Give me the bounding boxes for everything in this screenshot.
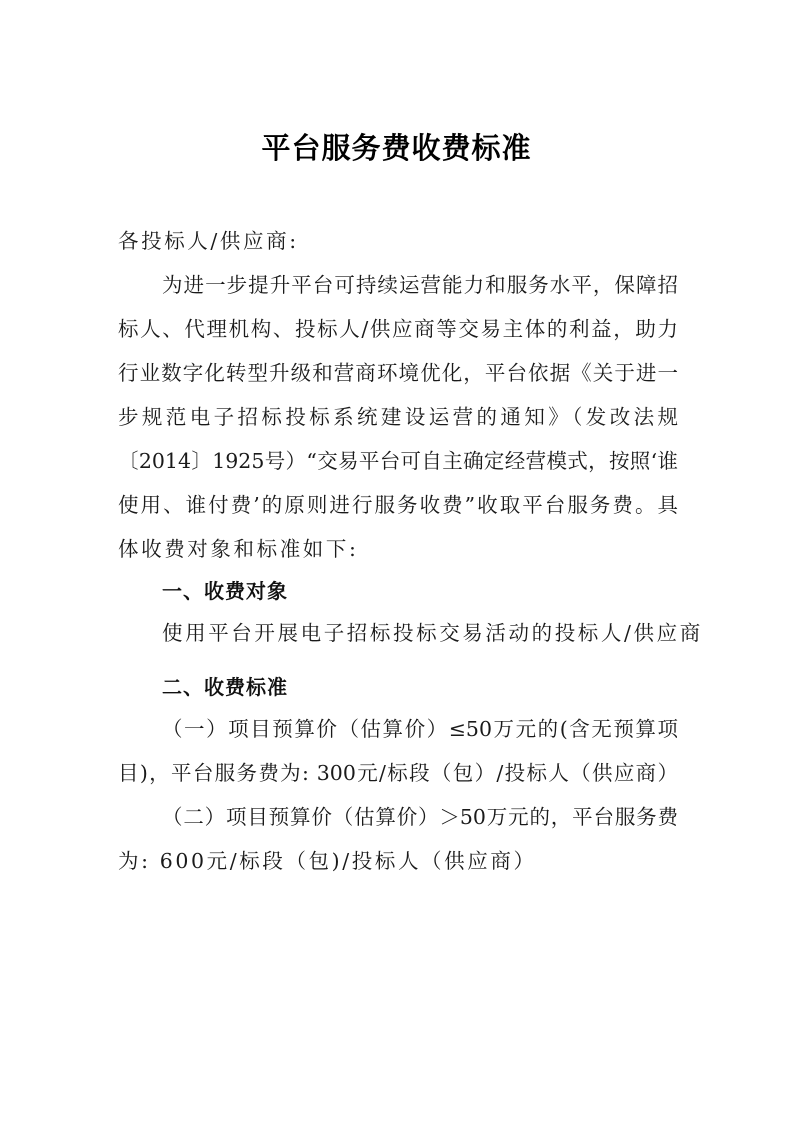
fee-standard-line: 目)，平台服务费为: 300元/标段（包）/投标人（供应商） bbox=[118, 758, 678, 788]
section-heading: 一、收费对象 bbox=[162, 576, 288, 606]
intro-line: 体收费对象和标准如下: bbox=[118, 534, 678, 564]
fee-standard-line: （二）项目预算价（估算价）＞50万元的，平台服务费 bbox=[162, 802, 678, 832]
intro-line: 行业数字化转型升级和营商环境优化，平台依据《关于进一 bbox=[118, 358, 678, 388]
fee-standard-line: 为: 600元/标段（包)/投标人（供应商） bbox=[118, 846, 678, 876]
document-page: 平台服务费收费标准 各投标人/供应商: 为进一步提升平台可持续运营能力和服务水平… bbox=[0, 0, 793, 1122]
salutation: 各投标人/供应商: bbox=[118, 226, 678, 256]
section-line: 使用平台开展电子招标投标交易活动的投标人/供应商 bbox=[162, 618, 678, 648]
section-heading: 二、收费标准 bbox=[162, 672, 288, 702]
intro-line: 使用、谁付费’的原则进行服务收费”收取平台服务费。具 bbox=[118, 490, 678, 520]
intro-line: 〔2014〕1925号）“交易平台可自主确定经营模式，按照‘谁 bbox=[118, 446, 678, 476]
intro-line: 步规范电子招标投标系统建设运营的通知》（发改法规 bbox=[118, 402, 678, 432]
document-title: 平台服务费收费标准 bbox=[0, 128, 793, 168]
intro-line: 为进一步提升平台可持续运营能力和服务水平，保障招 bbox=[162, 270, 678, 300]
fee-standard-line: （一）项目预算价（估算价）≤50万元的(含无预算项 bbox=[162, 714, 678, 744]
intro-line: 标人、代理机构、投标人/供应商等交易主体的利益，助力 bbox=[118, 314, 678, 344]
